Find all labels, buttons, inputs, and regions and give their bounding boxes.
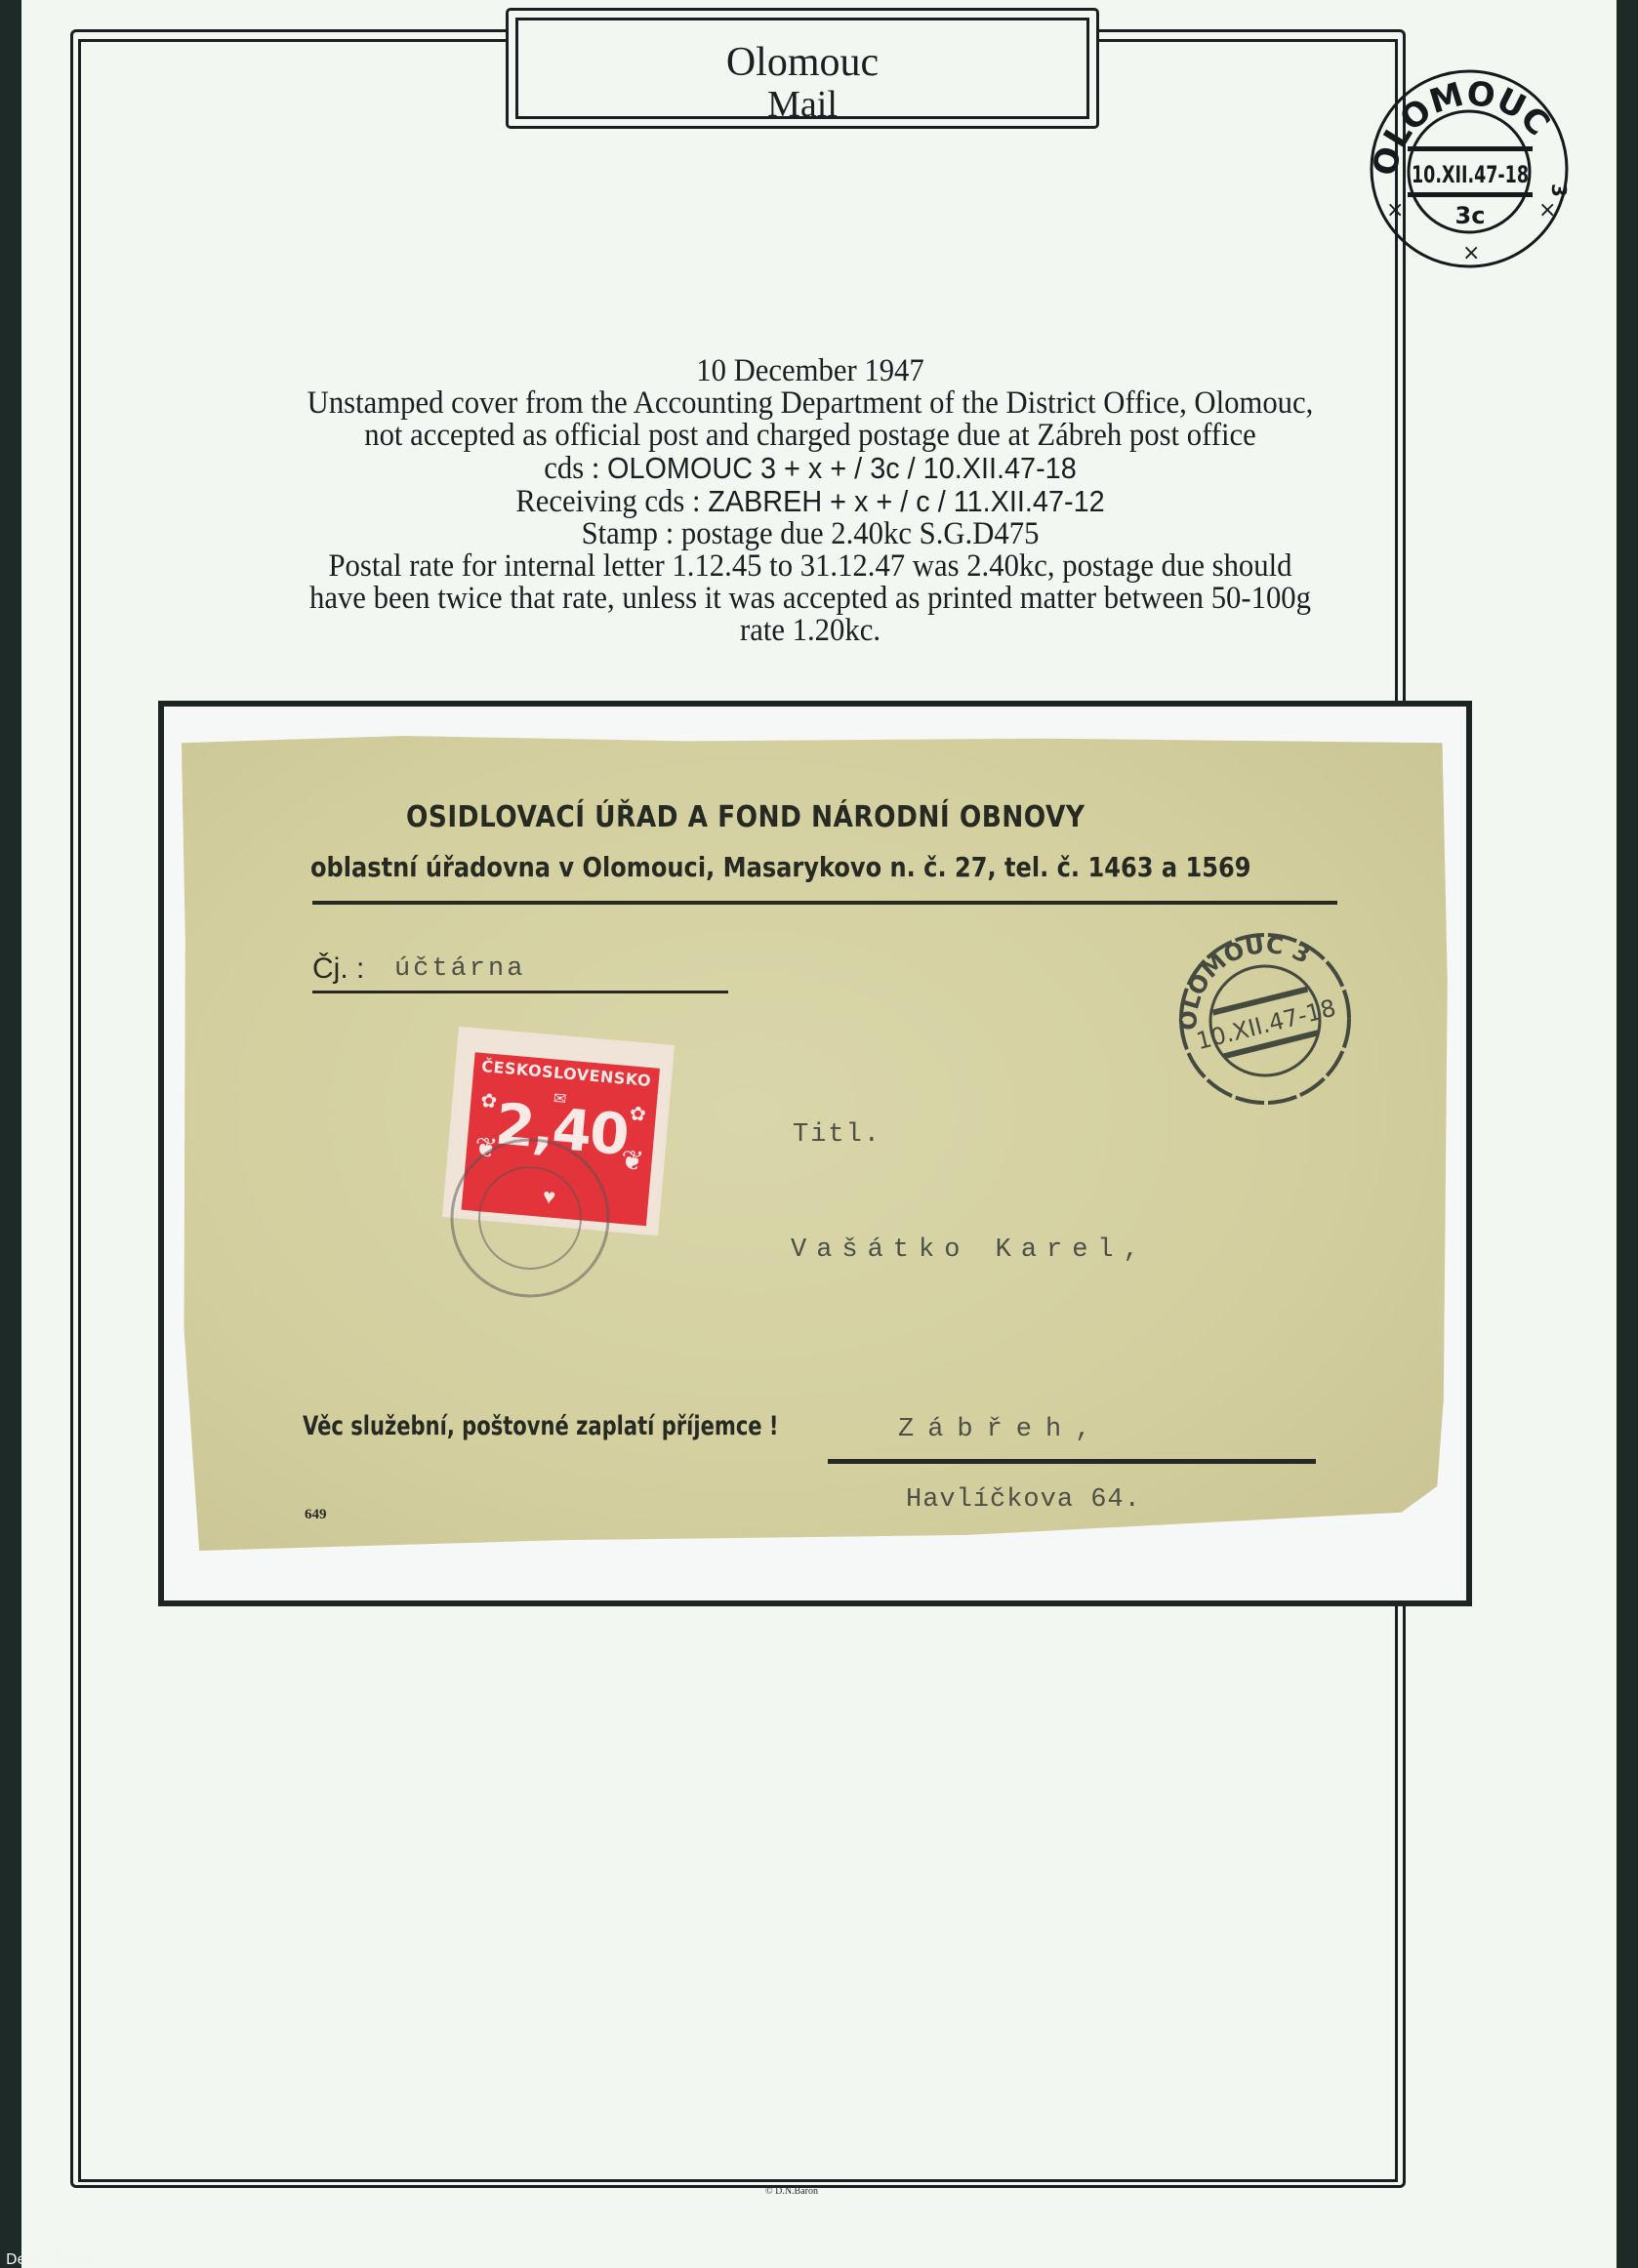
receiving-line: Receiving cds : ZABREH + x + / c / 11.XI…	[175, 485, 1446, 518]
summary-line-1: Unstamped cover from the Accounting Depa…	[175, 387, 1446, 420]
addressee-street: Havlíčkova 64.	[906, 1485, 1141, 1515]
cds-value: OLOMOUC 3 + x + / 3c / 10.XII.47-18	[607, 451, 1077, 485]
envelope-icon: ✉	[553, 1088, 567, 1109]
date-line: 10 December 1947	[175, 355, 1446, 387]
stamp-line: Stamp : postage due 2.40kc S.G.D475	[175, 518, 1446, 550]
cds-marker-bottom: ×	[1462, 241, 1480, 265]
olomouc-postmark: OLOMOUC 3 10.XII.47-18	[1167, 923, 1363, 1109]
cds-office-number: 3	[1547, 183, 1571, 197]
reference-rule	[312, 991, 728, 993]
addressee-name: Vašátko Karel,	[791, 1235, 1149, 1265]
zabreh-postmark	[437, 1130, 623, 1306]
page-title: Olomouc	[518, 40, 1086, 85]
reference-label: Čj. :	[312, 952, 364, 986]
envelope-header-title: OSIDLOVACÍ ÚŘAD A FOND NÁRODNÍ OBNOVY	[406, 800, 1085, 834]
rate-line-1: Postal rate for internal letter 1.12.45 …	[175, 550, 1446, 583]
cds-code: 3c	[1455, 202, 1486, 229]
addressee-city: Zábřeh,	[898, 1415, 1104, 1444]
receiving-value: ZABREH + x + / c / 11.XII.47-12	[708, 484, 1104, 518]
cover-description: 10 December 1947 Unstamped cover from th…	[175, 355, 1446, 647]
tree-ornament-icon: ❦	[620, 1144, 645, 1179]
print-number: 649	[305, 1507, 327, 1523]
reference-value: účtárna	[394, 954, 525, 984]
flower-ornament-icon: ✿	[629, 1101, 647, 1126]
copyright-text: © D.N.Baron	[765, 2186, 818, 2197]
header-rule	[312, 901, 1337, 905]
addressee-title: Titl.	[793, 1120, 881, 1150]
cds-marker-right: ×	[1538, 198, 1556, 223]
page-subtitle: Mail	[518, 85, 1086, 124]
page-title-box: Olomouc Mail	[506, 8, 1099, 129]
cds-postmark-illustration: OLOMOUC 3 10.XII.47-18 3c × × ×	[1365, 64, 1574, 273]
rate-line-2: have been twice that rate, unless it was…	[175, 583, 1446, 615]
rate-line-3: rate 1.20kc.	[175, 615, 1446, 647]
receiving-label: Receiving cds :	[515, 484, 708, 519]
official-business-note: Věc služební, poštovné zaplatí příjemce …	[303, 1411, 779, 1441]
watermark-text: Derek Baron	[6, 2250, 97, 2268]
envelope-header-address: oblastní úřadovna v Olomouci, Masarykovo…	[310, 851, 1251, 883]
cds-marker-left: ×	[1386, 198, 1404, 223]
cds-date: 10.XII.47-18	[1412, 161, 1529, 188]
address-rule	[828, 1459, 1316, 1464]
cds-label: cds :	[544, 451, 607, 486]
summary-line-2: not accepted as official post and charge…	[175, 420, 1446, 452]
cds-line: cds : OLOMOUC 3 + x + / 3c / 10.XII.47-1…	[175, 452, 1446, 485]
flower-ornament-icon: ✿	[479, 1088, 498, 1114]
